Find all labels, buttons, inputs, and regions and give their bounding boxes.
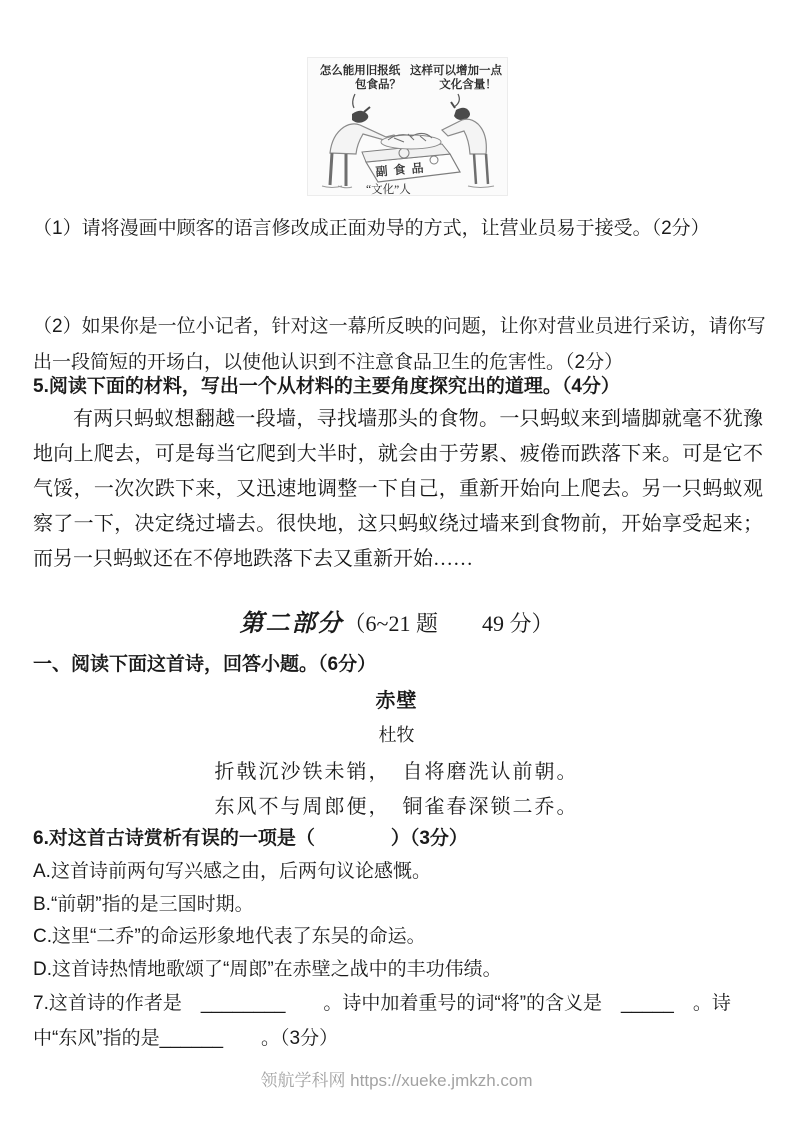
- part2-title-range: （6~21 题 49 分）: [344, 611, 554, 636]
- speech-left-line1: 怎么能用旧报纸: [320, 63, 401, 77]
- question-4-sub2: （2）如果你是一位小记者，针对这一幕所反映的问题，让你对营业员进行采访，请你写出…: [33, 309, 766, 381]
- section-1-heading: 一、阅读下面这首诗，回答小题。（6分）: [33, 650, 766, 680]
- speech-tail-left: [353, 94, 355, 108]
- speech-tail-right: [454, 94, 459, 107]
- question-7: 7.这首诗的作者是 ________ 。诗中加着重号的词“将”的含义是 ____…: [33, 986, 766, 1056]
- speech-right-line1: 这样可以增加一点: [410, 63, 502, 77]
- question-6-stem: 6.对这首古诗赏析有误的一项是（ ）（3分）: [33, 824, 766, 854]
- question-5-material: 有两只蚂蚁想翻越一段墙，寻找墙那头的食物。一只蚂蚁来到墙脚就毫不犹豫地向上爬去，…: [33, 402, 763, 577]
- speech-left-line2: 包食品？: [355, 77, 401, 91]
- food-box: 副食品: [362, 144, 460, 182]
- poem-author: 杜牧: [0, 721, 793, 747]
- question-5-heading: 5.阅读下面的材料，写出一个从材料的主要角度探究出的道理。（4分）: [33, 372, 766, 402]
- question-6-option-c: C.这里“二乔”的命运形象地代表了东吴的命运。: [33, 922, 766, 952]
- part2-title: 第二部分（6~21 题 49 分）: [0, 608, 793, 640]
- comic-illustration: 怎么能用旧报纸 包食品？ 这样可以增加一点 文化含量！: [307, 57, 508, 196]
- question-6-option-a: A.这首诗前两句写兴感之由，后两句议论感慨。: [33, 857, 766, 887]
- comic-drawing: 怎么能用旧报纸 包食品？ 这样可以增加一点 文化含量！: [308, 58, 507, 195]
- site-watermark: 领航学科网 https://xueke.jmkzh.com: [0, 1066, 793, 1091]
- comic-caption: “文化”人: [366, 182, 411, 195]
- speech-right-line2: 文化含量！: [439, 77, 497, 91]
- question-6-option-b: B.“前朝”指的是三国时期。: [33, 890, 766, 920]
- poem-line-1: 折戟沉沙铁未销， 自将磨洗认前朝。: [0, 755, 793, 784]
- poem-title: 赤壁: [0, 684, 793, 713]
- question-6-option-d: D.这首诗热情地歌颂了“周郎”在赤壁之战中的丰功伟绩。: [33, 955, 766, 985]
- vendor-figure: [442, 102, 494, 188]
- poem-line-2: 东风不与周郎便， 铜雀春深锁二乔。: [0, 790, 793, 819]
- part2-title-main: 第二部分: [240, 611, 344, 637]
- exam-page: 怎么能用旧报纸 包食品？ 这样可以增加一点 文化含量！: [0, 0, 793, 1122]
- question-4-sub1: （1）请将漫画中顾客的语言修改成正面劝导的方式，让营业员易于接受。（2分）: [33, 214, 766, 244]
